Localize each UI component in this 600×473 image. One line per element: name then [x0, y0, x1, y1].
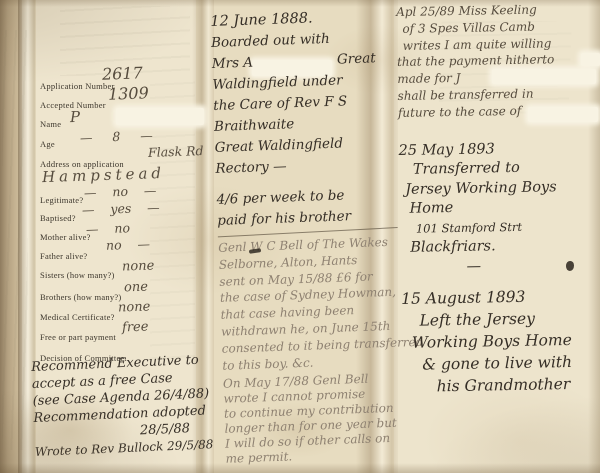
field-value-handwritten: — 8 —	[80, 128, 153, 146]
form-row-father-alive: Father alive? no —	[40, 246, 87, 264]
field-value-handwritten: Flask Rd	[148, 143, 204, 160]
field-label: Free or part payment	[40, 332, 116, 342]
field-label: Legitimate?	[40, 195, 83, 205]
handwritten-fragment: Great	[337, 50, 376, 67]
form-row-payment: Free or part payment free	[40, 327, 116, 345]
field-label: Sisters (how many?)	[40, 270, 115, 280]
form-row-application-number: Application Number 2617	[40, 76, 115, 94]
form-row-age: Age — 8 —	[40, 134, 55, 152]
field-label: Baptised?	[40, 213, 76, 223]
field-value-handwritten: — yes —	[82, 200, 160, 218]
form-row-medical-certificate: Medical Certificate? none	[40, 307, 115, 325]
scanned-case-document: Application Number 2617 Accepted Number …	[0, 0, 600, 473]
field-label: Brothers (how many?)	[40, 292, 121, 302]
field-label: Age	[40, 139, 55, 149]
field-value-handwritten: 1309	[108, 83, 149, 103]
form-row-name: Name P	[40, 114, 61, 132]
right-case-notes: Apl 25/89 Miss Keeling of 3 Spes Villas …	[396, 0, 600, 398]
field-value-handwritten: none	[118, 299, 151, 315]
form-row-sisters: Sisters (how many?) none	[40, 265, 115, 283]
field-label: Father alive?	[40, 251, 87, 261]
form-row-mother-alive: Mother alive? — no	[40, 227, 91, 245]
field-label: Mother alive?	[40, 232, 91, 242]
handwritten-fragment: Mrs A	[212, 55, 254, 72]
handwritten-line: —	[400, 255, 600, 278]
form-row-brothers: Brothers (how many?) one	[40, 287, 121, 305]
field-value-handwritten: no —	[106, 236, 150, 253]
handwritten-line-with-redaction: future to the case of	[398, 101, 600, 121]
field-value-handwritten: — no	[86, 220, 130, 237]
middle-case-notes: 12 June 1888. Boarded out with Mrs AGrea…	[210, 5, 420, 467]
field-value-handwritten: free	[122, 320, 149, 336]
field-value-handwritten: one	[124, 280, 148, 296]
redacted-gap	[253, 64, 337, 67]
handwritten-line: & gone to live with	[402, 350, 600, 376]
field-value-handwritten: P	[70, 108, 81, 126]
application-form-panel: Application Number 2617 Accepted Number …	[0, 0, 210, 473]
field-label: Medical Certificate?	[40, 312, 115, 322]
field-value-handwritten: — no —	[84, 183, 157, 201]
decision-notes-handwritten: Recommend Executive to accept as a free …	[31, 351, 219, 461]
form-row-legitimate: Legitimate? — no —	[40, 190, 83, 208]
handwritten-line: his Grandmother	[402, 372, 600, 398]
field-value-handwritten: none	[122, 258, 155, 274]
field-label: Name	[40, 119, 61, 129]
form-row-baptised: Baptised? — yes —	[40, 208, 76, 226]
field-value-handwritten: 2617	[102, 63, 143, 83]
